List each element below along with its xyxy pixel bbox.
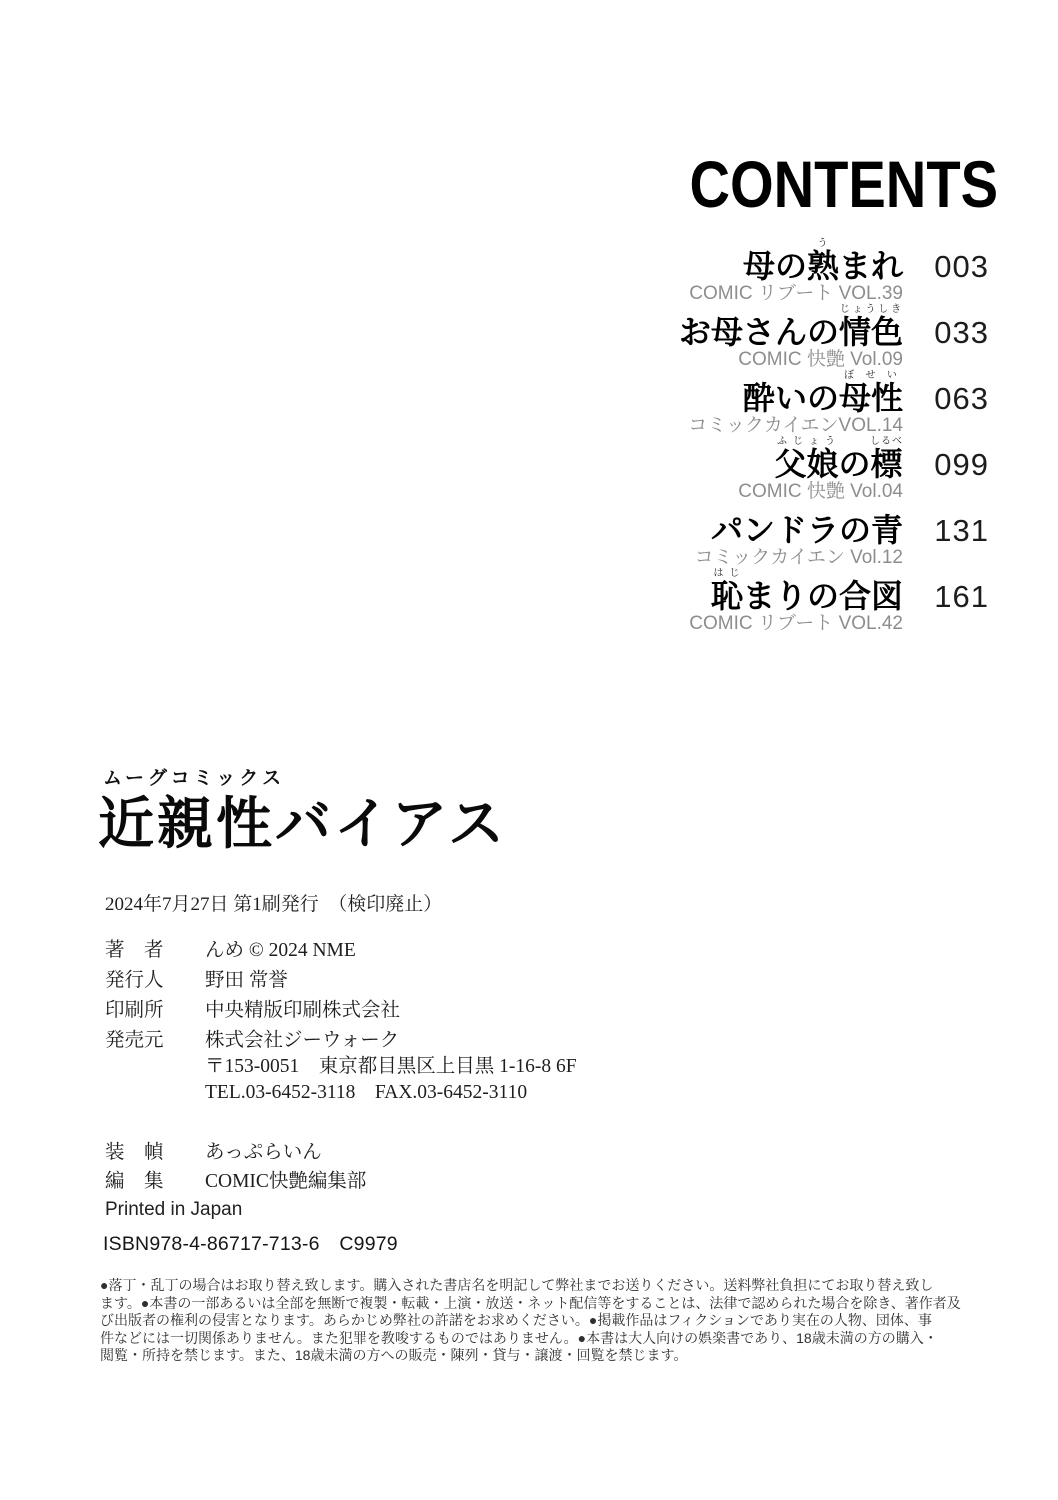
imprint-label: ムーグコミックス xyxy=(103,763,507,790)
credit-value: 野田 常誉 xyxy=(205,966,288,996)
chapter-title: 父娘ふじょうの標しるべ xyxy=(774,436,903,480)
credit-label: 発売元 xyxy=(105,1026,205,1056)
publisher-contact: 〒153-0051 東京都目黒区上目黒 1-16-8 6F TEL.03-645… xyxy=(205,1054,577,1106)
book-contents-page: CONTENTS 母の熟うまれ 003 COMIC リブート VOL.39 お母… xyxy=(0,0,1058,1500)
credit-row-printer: 印刷所 中央精版印刷株式会社 xyxy=(105,996,577,1026)
chapter-source: COMIC リブート VOL.39 xyxy=(429,284,989,303)
colophon-credits-secondary: 装 幀 あっぷらいん 編 集 COMIC快艶編集部 xyxy=(105,1138,366,1196)
isbn-code: ISBN978-4-86717-713-6 C9979 xyxy=(103,1228,398,1256)
credit-label: 印刷所 xyxy=(105,996,205,1026)
printed-in-japan: Printed in Japan xyxy=(105,1199,242,1221)
credit-value: あっぷらいん xyxy=(205,1138,322,1167)
table-of-contents: 母の熟うまれ 003 COMIC リブート VOL.39 お母さんの情色じょうし… xyxy=(429,237,989,633)
credit-row-editing: 編 集 COMIC快艶編集部 xyxy=(105,1167,366,1196)
toc-entry: 恥はじまりの合図 161 COMIC リブート VOL.42 xyxy=(429,567,989,633)
toc-entry: パンドラの青 131 コミックカイエン Vol.12 xyxy=(429,501,989,567)
toc-entry: 父娘ふじょうの標しるべ 099 COMIC 快艶 Vol.04 xyxy=(429,435,989,501)
toc-entry: 酔いの母性ぼせい 063 コミックカイエンVOL.14 xyxy=(429,369,989,435)
contents-heading: CONTENTS xyxy=(689,150,998,218)
credit-row-publisher-person: 発行人 野田 常誉 xyxy=(105,966,577,996)
chapter-page-number: 003 xyxy=(933,251,989,283)
publisher-address: 〒153-0051 東京都目黒区上目黒 1-16-8 6F xyxy=(205,1054,577,1080)
credit-value: COMIC快艶編集部 xyxy=(205,1167,366,1196)
credit-row-design: 装 幀 あっぷらいん xyxy=(105,1138,366,1167)
print-date: 2024年7月27日 第1刷発行 （検印廃止） xyxy=(105,889,442,916)
chapter-title: 恥はじまりの合図 xyxy=(711,568,903,612)
credit-row-author: 著 者 んめ © 2024 NME xyxy=(105,936,577,966)
chapter-title: 酔いの母性ぼせい xyxy=(743,370,903,414)
colophon-credits: 著 者 んめ © 2024 NME 発行人 野田 常誉 印刷所 中央精版印刷株式… xyxy=(105,936,577,1106)
chapter-title: 母の熟うまれ xyxy=(743,238,903,282)
chapter-title: お母さんの情色じょうしき xyxy=(679,304,903,348)
chapter-source: コミックカイエンVOL.14 xyxy=(429,416,989,435)
credit-label: 編 集 xyxy=(105,1167,205,1196)
toc-entry-row: パンドラの青 131 xyxy=(429,514,989,547)
chapter-page-number: 099 xyxy=(933,449,989,481)
chapter-page-number: 033 xyxy=(933,317,989,349)
book-title-block: ムーグコミックス 近親性バイアス xyxy=(98,763,507,853)
publisher-phone: TEL.03-6452-3118 FAX.03-6452-3110 xyxy=(205,1080,577,1106)
credit-label: 発行人 xyxy=(105,966,205,996)
chapter-source: COMIC 快艶 Vol.04 xyxy=(429,482,989,501)
chapter-page-number: 161 xyxy=(933,581,989,613)
credit-label: 装 幀 xyxy=(105,1138,205,1167)
credit-label: 著 者 xyxy=(105,936,205,966)
toc-entry: お母さんの情色じょうしき 033 COMIC 快艶 Vol.09 xyxy=(429,303,989,369)
toc-entry-row: 恥はじまりの合図 161 xyxy=(429,568,989,613)
legal-notice: ●落丁・乱丁の場合はお取り替え致します。購入された書店名を明記して弊社までお送り… xyxy=(100,1277,970,1365)
toc-entry-row: 父娘ふじょうの標しるべ 099 xyxy=(429,436,989,481)
chapter-source: コミックカイエン Vol.12 xyxy=(429,548,989,567)
toc-entry-row: 母の熟うまれ 003 xyxy=(429,238,989,283)
credit-value: んめ © 2024 NME xyxy=(205,936,356,966)
credit-row-distributor: 発売元 株式会社ジーウォーク xyxy=(105,1026,577,1056)
toc-entry-row: 酔いの母性ぼせい 063 xyxy=(429,370,989,415)
chapter-source: COMIC リブート VOL.42 xyxy=(429,614,989,633)
toc-entry: 母の熟うまれ 003 COMIC リブート VOL.39 xyxy=(429,237,989,303)
credit-value: 株式会社ジーウォーク xyxy=(205,1026,399,1056)
credit-value: 中央精版印刷株式会社 xyxy=(205,996,400,1026)
chapter-source: COMIC 快艶 Vol.09 xyxy=(429,350,989,369)
chapter-title: パンドラの青 xyxy=(711,514,903,546)
toc-entry-row: お母さんの情色じょうしき 033 xyxy=(429,304,989,349)
chapter-page-number: 063 xyxy=(933,383,989,415)
book-title: 近親性バイアス xyxy=(98,795,507,853)
chapter-page-number: 131 xyxy=(933,515,989,547)
